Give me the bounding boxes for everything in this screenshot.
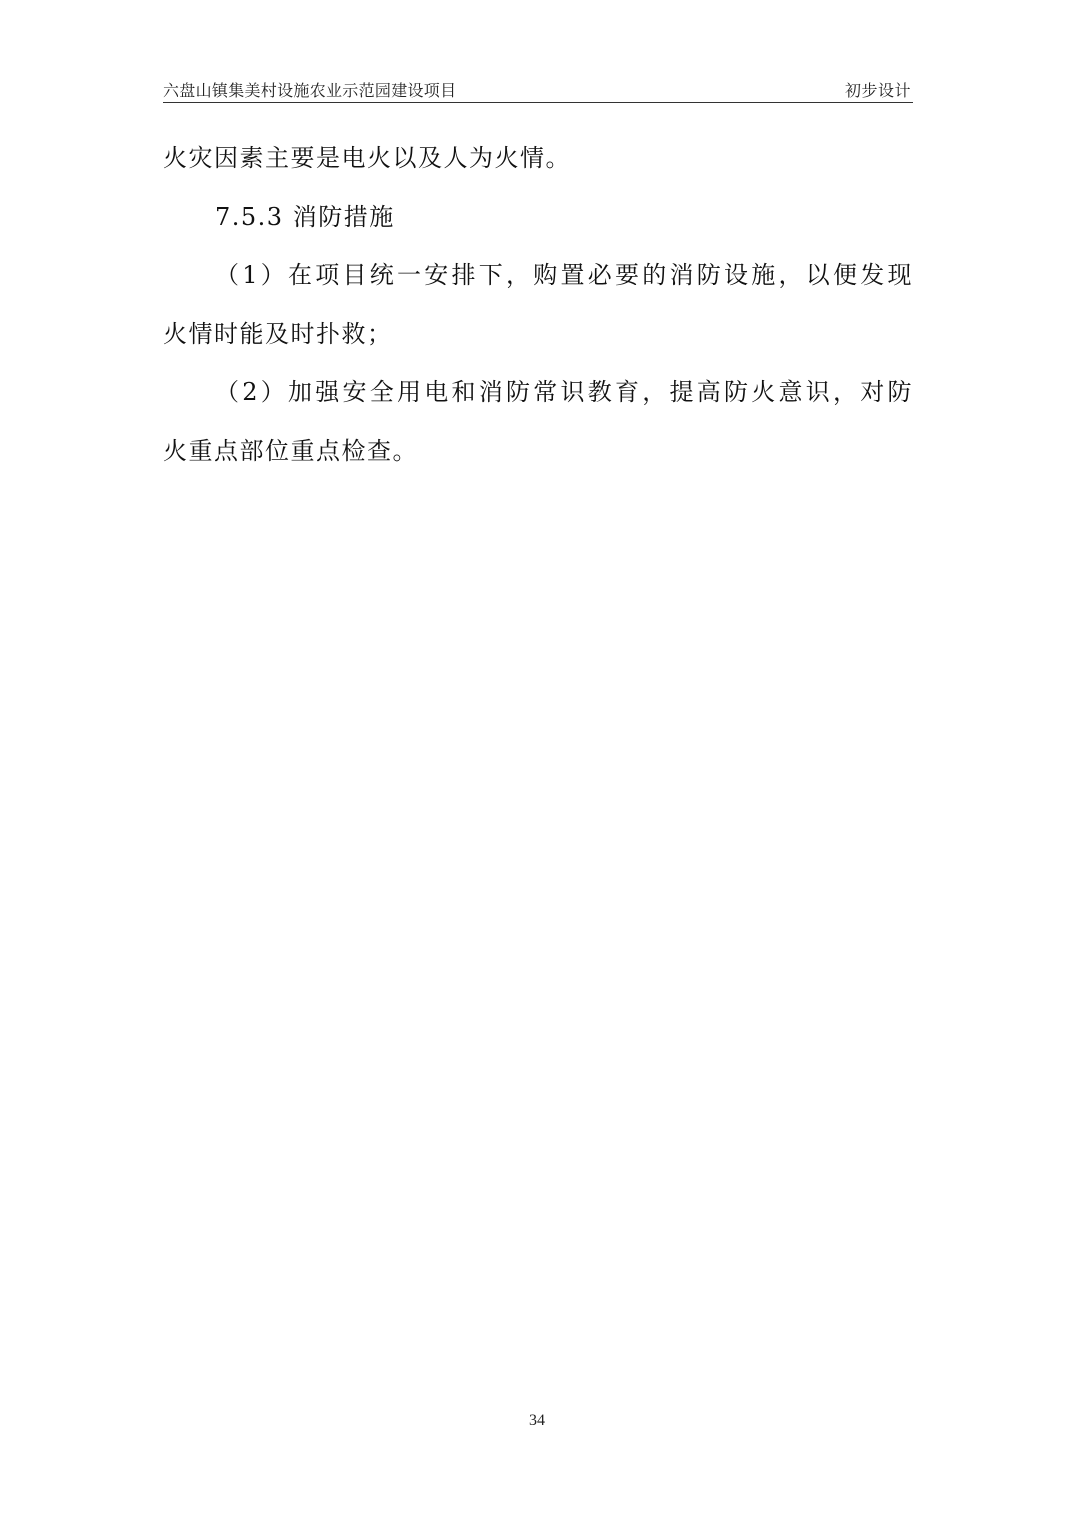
paragraph-line: 火灾因素主要是电火以及人为火情。 bbox=[163, 135, 913, 194]
document-title: 六盘山镇集美村设施农业示范园建设项目 bbox=[163, 78, 456, 101]
list-item-2-line-2: 火重点部位重点检查。 bbox=[163, 428, 913, 487]
document-section: 初步设计 bbox=[845, 78, 911, 101]
list-item-2-line-1: （2）加强安全用电和消防常识教育，提高防火意识，对防 bbox=[163, 369, 913, 428]
page-number: 34 bbox=[0, 1412, 1074, 1430]
document-body: 火灾因素主要是电火以及人为火情。 7.5.3 消防措施 （1）在项目统一安排下，… bbox=[163, 135, 913, 486]
list-item-1-line-2: 火情时能及时扑救； bbox=[163, 311, 913, 370]
list-item-1-line-1: （1）在项目统一安排下，购置必要的消防设施，以便发现 bbox=[163, 252, 913, 311]
page-header: 六盘山镇集美村设施农业示范园建设项目 初步设计 bbox=[163, 76, 913, 103]
section-heading: 7.5.3 消防措施 bbox=[163, 194, 913, 253]
